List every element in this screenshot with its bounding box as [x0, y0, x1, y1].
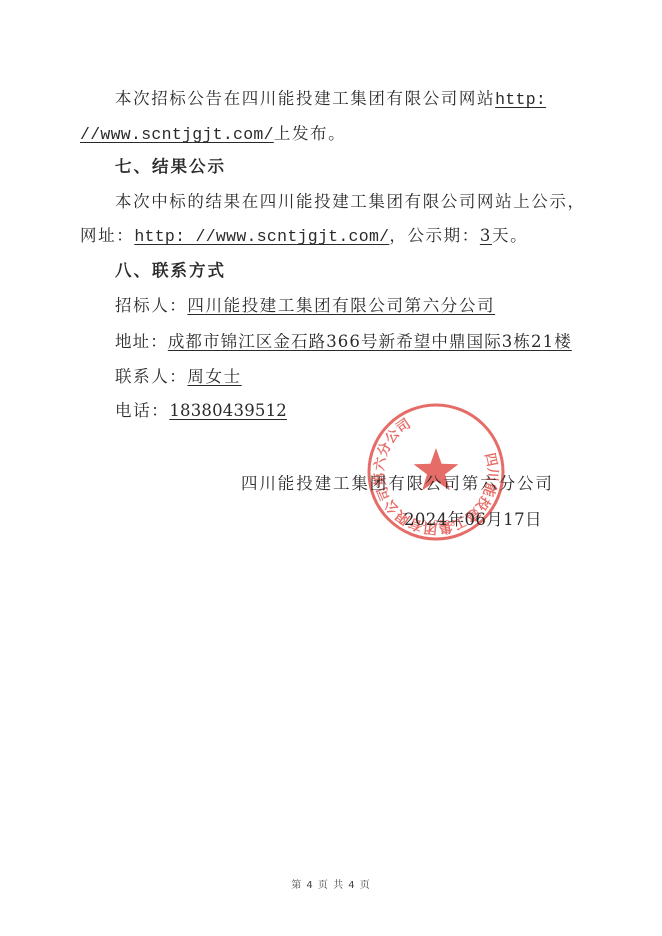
contact-value: 周女士 — [187, 367, 241, 386]
intro-text: 本次招标公告在四川能投建工集团有限公司网站 — [115, 89, 495, 108]
publicity-days: 3 — [480, 226, 492, 245]
tenderer-label: 招标人： — [115, 296, 187, 315]
phone-label: 电话： — [115, 401, 169, 420]
result-website-link[interactable]: http: //www.scntjgjt.com/ — [134, 227, 389, 246]
page-number: 第 4 页 共 4 页 — [0, 876, 662, 891]
address-label: 地址： — [115, 332, 168, 351]
publicity-days-suffix: 天。 — [492, 226, 528, 245]
tenderer-value: 四川能投建工集团有限公司第六分公司 — [187, 296, 495, 315]
contact-row: 联系人：周女士 — [115, 367, 242, 387]
intro-suffix: 上发布。 — [274, 124, 346, 143]
website-link-part2[interactable]: //www.scntjgjt.com/ — [80, 125, 274, 144]
phone-value: 18380439512 — [169, 401, 287, 420]
signature-date: 2024年06月17日 — [404, 510, 542, 530]
intro-line-1: 本次招标公告在四川能投建工集团有限公司网站http: — [115, 89, 568, 110]
tenderer-row: 招标人：四川能投建工集团有限公司第六分公司 — [115, 296, 495, 316]
website-label: 网址： — [80, 226, 134, 245]
signature-company: 四川能投建工集团有限公司第六分公司 — [241, 474, 554, 494]
section-7-heading: 七、结果公示 — [115, 157, 226, 177]
address-row: 地址：成都市锦江区金石路366号新希望中鼎国际3栋21楼 — [115, 332, 572, 352]
section-7-line-1: 本次中标的结果在四川能投建工集团有限公司网站上公示， — [115, 192, 586, 212]
section-8-heading: 八、联系方式 — [115, 261, 226, 281]
address-value: 成都市锦江区金石路366号新希望中鼎国际3栋21楼 — [168, 332, 572, 351]
contact-label: 联系人： — [115, 367, 187, 386]
section-7-line-2: 网址：http: //www.scntjgjt.com/，公示期：3天。 — [80, 226, 528, 247]
publicity-period-label: ，公示期： — [389, 226, 480, 245]
website-link-part1[interactable]: http: — [495, 90, 568, 109]
phone-row: 电话：18380439512 — [115, 401, 287, 421]
intro-line-2: //www.scntjgjt.com/上发布。 — [80, 124, 346, 145]
